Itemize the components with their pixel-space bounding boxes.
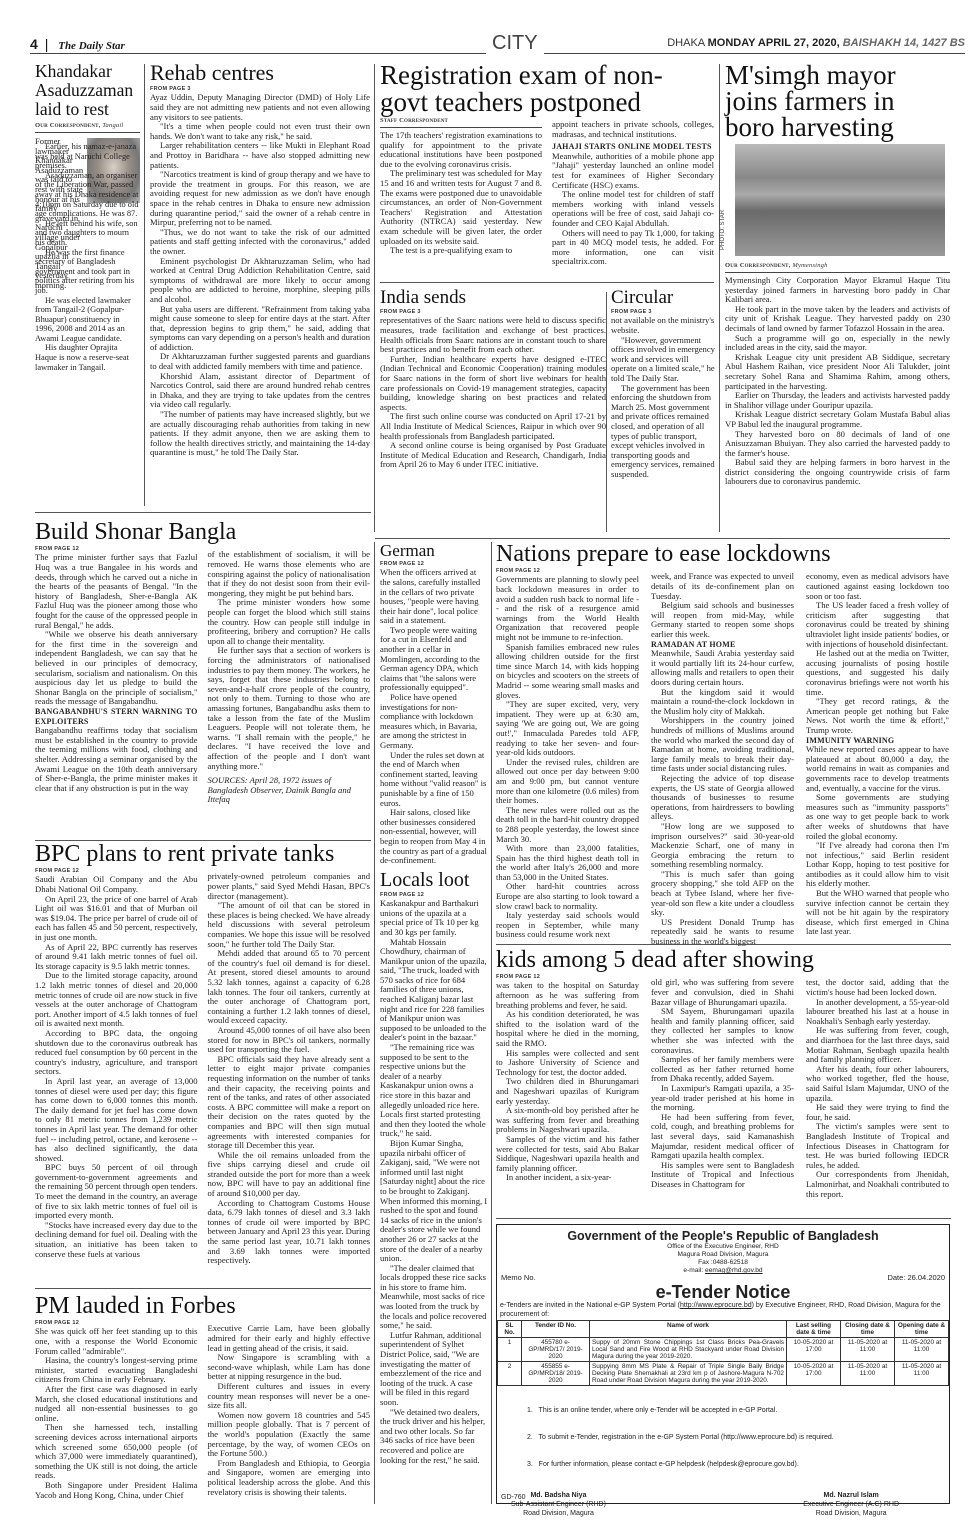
headline: German (380, 542, 488, 559)
headline: BPC plans to rent private tanks (35, 842, 370, 866)
article-pm-forbes: PM lauded in Forbes FROM PAGE 12 She was… (35, 1294, 370, 1500)
ad-date: Date: 26.04.2020 (887, 1273, 945, 1282)
page-info: 4 | The Daily Star (30, 36, 125, 52)
ad-office: Office of the Executive Engineer, RHD (497, 1243, 949, 1251)
article-circular: Circular FROM PAGE 3 not available on th… (611, 288, 715, 479)
divider (380, 282, 714, 283)
article-rehab: Rehab centres FROM PAGE 3 Ayaz Uddin, De… (150, 62, 370, 458)
col-header: Tender ID No. (522, 1321, 590, 1338)
article-body-locals: Kaskanakpur and Barthakuri unions of the… (380, 899, 488, 1465)
note: 2. To submit e-Tender, registration in t… (527, 1433, 949, 1442)
headline: India sends (380, 288, 606, 307)
article-body-col1: The prime minister further says that Faz… (35, 553, 198, 793)
headline-locals-loot: Locals loot (380, 870, 488, 890)
signature-right: Md. Nazrul Islam Executive Engineer (A.C… (803, 1491, 899, 1518)
article-body: representatives of the Saarc nations wer… (380, 316, 606, 470)
email-link[interactable]: eemag@rhd.gov.bd (705, 1267, 763, 1274)
divider (144, 64, 145, 506)
divider (719, 64, 720, 532)
photo-credit: PHOTO: STAR (720, 210, 726, 250)
article-body-col2: Executive Carrie Lam, have been globally… (208, 1324, 371, 1497)
separator: | (45, 36, 49, 52)
headline: Circular (611, 288, 715, 307)
col-header: Closing date & time (841, 1321, 895, 1338)
sources-note: SOURCES: April 28, 1972 issues of Bangla… (208, 776, 371, 805)
divider (374, 64, 375, 532)
table-row: 1 455780 e-GP/MRD/17/ 2019-2020 Suppy of… (498, 1338, 949, 1362)
article-body-col3: test, the doctor said, adding that the v… (806, 978, 949, 1199)
table-row: 2 455855 e-GP/MRD/18/ 2019-2020 Suppying… (498, 1362, 949, 1386)
masthead: 4 | The Daily Star CITY DHAKA MONDAY APR… (30, 34, 965, 54)
article-body: not available on the ministry's website.… (611, 316, 715, 479)
headline: Rehab centres (150, 62, 370, 84)
article-body-col2: of the establishment of socialism, it wi… (208, 550, 371, 804)
headline: Khandakar Asaduzzaman laid to rest (35, 62, 140, 119)
ad-division: Magura Road Division, Magura (497, 1251, 949, 1259)
article-body-col1: The 17th teachers' registration examinat… (380, 131, 542, 256)
paper-logo: The Daily Star (58, 40, 125, 52)
eprocure-link[interactable]: http://www.eprocure.bd (680, 1302, 752, 1309)
headline: M'simgh mayor joins farmers in boro harv… (725, 62, 925, 140)
article-body-col2: week, and France was expected to unveil … (651, 572, 794, 946)
article-kids-dead: kids among 5 dead after showing FROM PAG… (496, 948, 951, 1199)
divider (496, 1218, 951, 1219)
section-title: CITY (486, 32, 544, 55)
byline: Staff Correspondent (380, 117, 542, 128)
divider (606, 292, 607, 532)
article-body: Ayaz Uddin, Deputy Managing Director (DM… (150, 93, 370, 458)
article-body-col1: Governments are planning to slowly peel … (496, 575, 639, 940)
article-body-col2: appoint teachers in private schools, col… (552, 120, 714, 267)
article-body: When the officers arrived at the salons,… (380, 568, 488, 865)
tender-notice-ad: Government of the People's Republic of B… (496, 1224, 950, 1504)
divider (35, 512, 371, 513)
byline: Our Correspondent, Mymensingh (725, 262, 950, 273)
dateline: DHAKA MONDAY APRIL 27, 2020, BAISHAKH 14… (667, 37, 965, 49)
page-number: 4 (30, 36, 38, 52)
headline: Registration exam of non-govt teachers p… (380, 62, 710, 116)
article-registration: Registration exam of non-govt teachers p… (380, 62, 714, 267)
byline: Our Correspondent, Tangail (35, 122, 140, 133)
headline: kids among 5 dead after showing (496, 948, 951, 972)
article-body-col1: She was quick off her feet standing up t… (35, 1327, 198, 1500)
article-mayor: M'simgh mayor joins farmers in boro harv… (725, 62, 950, 487)
ad-code: GD-760 (501, 1494, 526, 1501)
harvest-photo: PHOTO: STAR (735, 144, 945, 256)
article-shonar-bangla: Build Shonar Bangla FROM PAGE 12 The pri… (35, 520, 370, 805)
article-india-sends: India sends FROM PAGE 3 representatives … (380, 288, 606, 470)
headline: Nations prepare to ease lockdowns (496, 542, 951, 566)
divider (496, 944, 951, 945)
divider (375, 538, 950, 539)
ad-intro: e-Tenders are invited in the National e-… (497, 1302, 949, 1319)
bangla-date: BAISHAKH 14, 1427 BS (843, 37, 965, 49)
col-header: Name of work (590, 1321, 787, 1338)
date: MONDAY APRIL 27, 2020, (708, 37, 840, 49)
headline: Build Shonar Bangla (35, 520, 370, 544)
article-body-col2: privately-owned petroleum companies and … (208, 872, 371, 1265)
article-body-col2: old girl, who was suffering from severe … (651, 978, 794, 1189)
article-body-col1: was taken to the hospital on Saturday af… (496, 981, 639, 1182)
memo-no: Memo No. (501, 1273, 536, 1282)
city: DHAKA (667, 37, 704, 49)
divider (491, 542, 492, 1504)
note: 1. This is an online tender, where only … (527, 1406, 949, 1415)
divider (374, 542, 375, 1504)
headline: PM lauded in Forbes (35, 1294, 370, 1318)
note: 3. For further information, please conta… (527, 1460, 949, 1469)
ad-title: e-Tender Notice (497, 1282, 949, 1302)
ad-fax: Fax :0488-62518 (497, 1259, 949, 1267)
col-header: Last selling date & time (787, 1321, 841, 1338)
article-body: Mymensingh City Corporation Mayor Ekramu… (725, 276, 950, 487)
col-header: Opening date & time (895, 1321, 949, 1338)
ad-gov-title: Government of the People's Republic of B… (497, 1229, 949, 1243)
tender-table: SL No. Tender ID No. Name of work Last s… (497, 1320, 949, 1386)
col-header: SL No. (498, 1321, 522, 1338)
obituary-continued: Earlier, his namaz-e-janaza was held at … (35, 142, 140, 372)
article-body-col1: Saudi Arabian Oil Company and the Abu Dh… (35, 875, 198, 1259)
ad-notes: 1. This is an online tender, where only … (497, 1386, 949, 1487)
divider (35, 1288, 371, 1289)
article-nations-lockdowns: Nations prepare to ease lockdowns FROM P… (496, 542, 951, 947)
article-bpc: BPC plans to rent private tanks FROM PAG… (35, 842, 370, 1266)
article-body-col3: economy, even as medical advisors have c… (806, 572, 949, 937)
subhead: BANGABANDHU'S STERN WARNING TO EXPLOITER… (35, 707, 198, 726)
article-german: German FROM PAGE 12 When the officers ar… (380, 542, 488, 1465)
